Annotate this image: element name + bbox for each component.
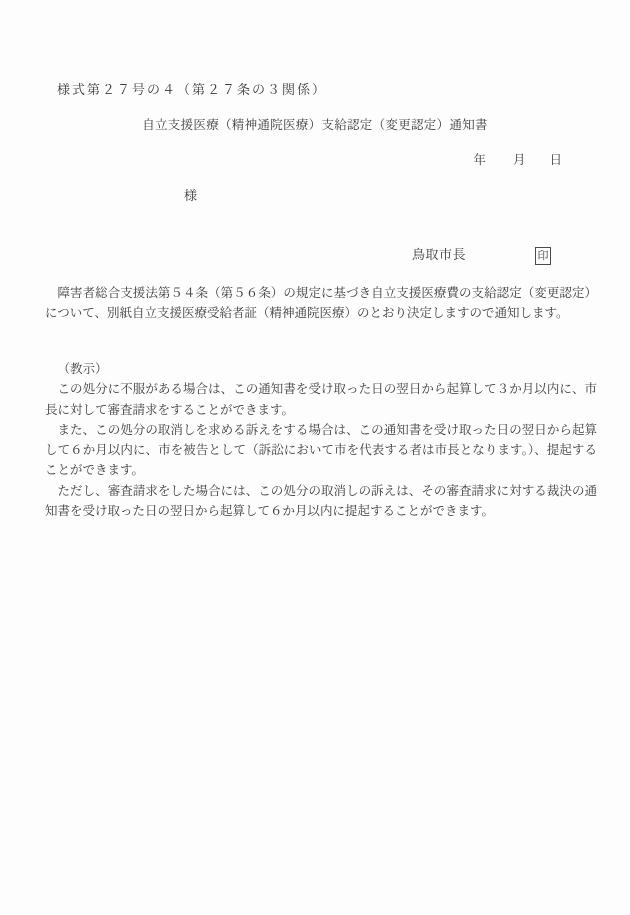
kyoji-paragraph-3: ただし、審査請求をした場合には、この処分の取消しの訴えは、その審査請求に対する裁… (45, 481, 597, 522)
issue-date-line: 年 月 日 (473, 150, 562, 170)
kyoji-paragraph-2: また、この処分の取消しを求める訴えをする場合は、この通知書を受け取った日の翌日か… (45, 420, 597, 481)
year-label: 年 (473, 150, 486, 170)
form-number: 様式第２７号の４（第２７条の３関係） (57, 80, 327, 100)
seal-character: 印 (538, 251, 549, 262)
kyoji-heading: （教示） (45, 359, 597, 379)
notification-body: 障害者総合支援法第５４条（第５６条）の規定に基づき自立支援医療費の支給認定（変更… (45, 283, 597, 324)
notice-document-page: 様式第２７号の４（第２７条の３関係） 自立支援医療（精神通院医療）支給認定（変更… (0, 0, 630, 915)
seal-placeholder-box: 印 (535, 247, 551, 265)
kyoji-section: （教示） この処分に不服がある場合は、この通知書を受け取った日の翌日から起算して… (45, 359, 597, 521)
addressee-honorific: 様 (184, 186, 197, 206)
issuer-name: 鳥取市長 (412, 245, 466, 265)
document-title: 自立支援医療（精神通院医療）支給認定（変更認定）通知書 (0, 115, 630, 135)
kyoji-paragraph-1: この処分に不服がある場合は、この通知書を受け取った日の翌日から起算して３か月以内… (45, 379, 597, 420)
month-label: 月 (513, 150, 526, 170)
day-label: 日 (549, 150, 562, 170)
